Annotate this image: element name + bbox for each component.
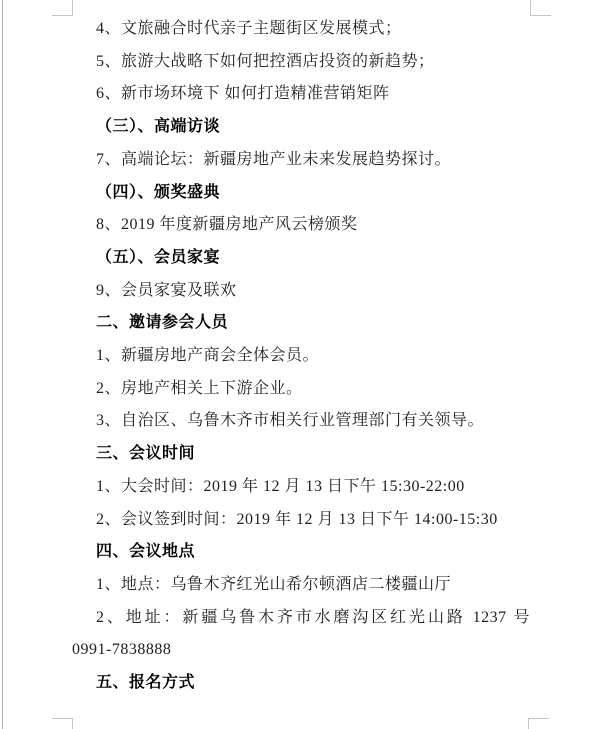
doc-paragraph[interactable]: 7、高端论坛：新疆房地产业未来发展趋势探讨。: [72, 144, 530, 177]
doc-paragraph[interactable]: 9、会员家宴及联欢: [72, 275, 530, 308]
doc-paragraph[interactable]: 5、旅游大战略下如何把控酒店投资的新趋势；: [72, 46, 530, 79]
doc-paragraph[interactable]: 1、新疆房地产商会全体会员。: [72, 340, 530, 373]
doc-paragraph[interactable]: 4、文旅融合时代亲子主题街区发展模式；: [72, 13, 530, 46]
crop-mark-bottom-left: [52, 718, 73, 729]
doc-heading[interactable]: 四、会议地点: [72, 536, 530, 569]
document-page: 4、文旅融合时代亲子主题街区发展模式；5、旅游大战略下如何把控酒店投资的新趋势；…: [0, 0, 600, 729]
doc-paragraph[interactable]: 2、会议签到时间：2019 年 12 月 13 日下午 14:00-15:30: [72, 504, 530, 537]
doc-paragraph[interactable]: 2、房地产相关上下游企业。: [72, 373, 530, 406]
doc-paragraph[interactable]: 2、地址：新疆乌鲁木齐市水磨沟区红光山路 1237 号: [72, 602, 530, 635]
doc-heading[interactable]: 五、报名方式: [72, 667, 530, 700]
doc-heading[interactable]: （四）、颁奖盛典: [72, 177, 530, 210]
doc-paragraph[interactable]: 1、地点：乌鲁木齐红光山希尔顿酒店二楼疆山厅: [72, 569, 530, 602]
doc-heading[interactable]: 三、会议时间: [72, 438, 530, 471]
doc-paragraph[interactable]: 8、2019 年度新疆房地产风云榜颁奖: [72, 209, 530, 242]
document-text-area[interactable]: 4、文旅融合时代亲子主题街区发展模式；5、旅游大战略下如何把控酒店投资的新趋势；…: [72, 13, 530, 700]
crop-mark-top-left: [52, 0, 73, 16]
crop-mark-top-right: [530, 0, 551, 16]
doc-heading[interactable]: （五）、会员家宴: [72, 242, 530, 275]
doc-paragraph[interactable]: 3、自治区、乌鲁木齐市相关行业管理部门有关领导。: [72, 405, 530, 438]
page-edge-line: [2, 0, 3, 729]
doc-heading[interactable]: 二、邀请参会人员: [72, 307, 530, 340]
crop-mark-bottom-right: [528, 718, 549, 729]
doc-paragraph[interactable]: 1、大会时间：2019 年 12 月 13 日下午 15:30-22:00: [72, 471, 530, 504]
doc-paragraph[interactable]: 6、新市场环境下 如何打造精准营销矩阵: [72, 78, 530, 111]
doc-heading[interactable]: （三）、高端访谈: [72, 111, 530, 144]
doc-paragraph[interactable]: 0991-7838888: [72, 634, 530, 667]
